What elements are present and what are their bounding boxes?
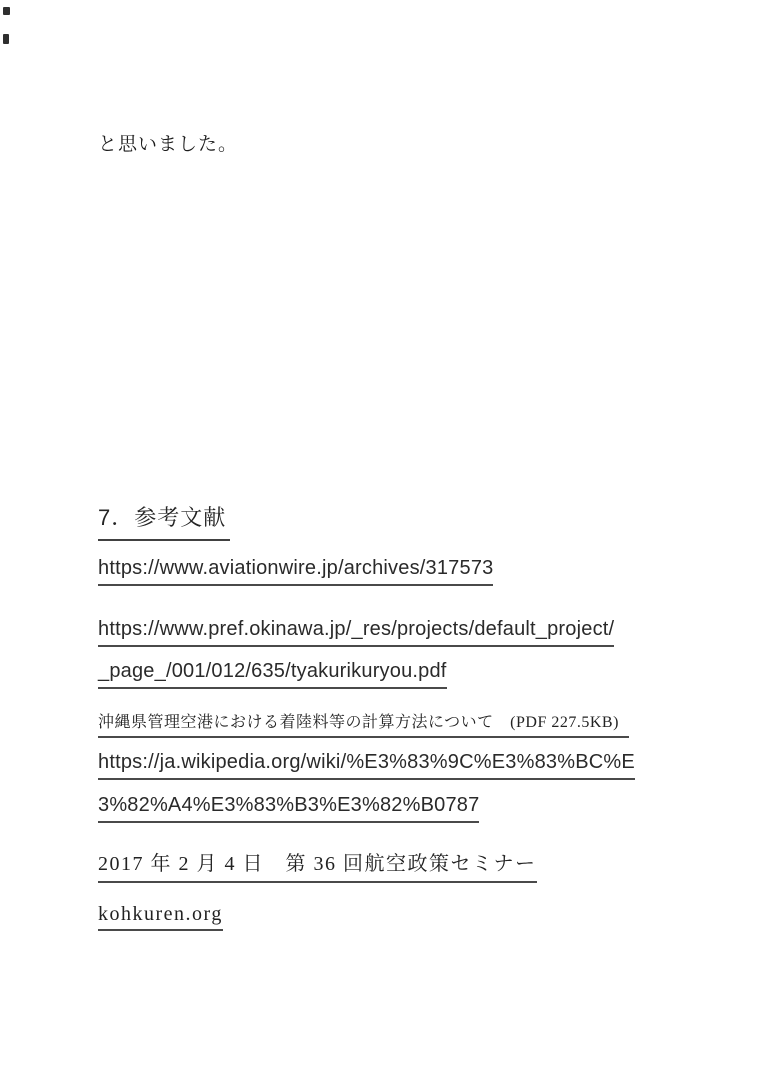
reference-link-okinawa-pdf-line1[interactable]: https://www.pref.okinawa.jp/_res/project… (98, 618, 614, 647)
reference-link-wikipedia-line2[interactable]: 3%82%A4%E3%83%B3%E3%82%B0787 (98, 794, 479, 823)
scan-speck (3, 7, 10, 15)
reference-link-aviationwire[interactable]: https://www.aviationwire.jp/archives/317… (98, 557, 493, 586)
reference-link-wikipedia-line1[interactable]: https://ja.wikipedia.org/wiki/%E3%83%9C%… (98, 751, 635, 780)
scan-speck (3, 34, 9, 44)
reference-aviation-policy-seminar[interactable]: 2017 年 2 月 4 日 第 36 回航空政策セミナー (98, 847, 537, 883)
reference-okinawa-pdf-title[interactable]: 沖縄県管理空港における着陸料等の計算方法について (PDF 227.5KB) (98, 709, 629, 738)
reference-link-kohkuren[interactable]: kohkuren.org (98, 903, 223, 931)
paragraph-text: と思いました。 (98, 129, 238, 156)
document-page: と思いました。 7．参考文献 https://www.aviationwire.… (0, 0, 763, 1080)
references-heading: 7．参考文献 (98, 501, 230, 541)
reference-link-okinawa-pdf-line2[interactable]: _page_/001/012/635/tyakurikuryou.pdf (98, 660, 447, 689)
